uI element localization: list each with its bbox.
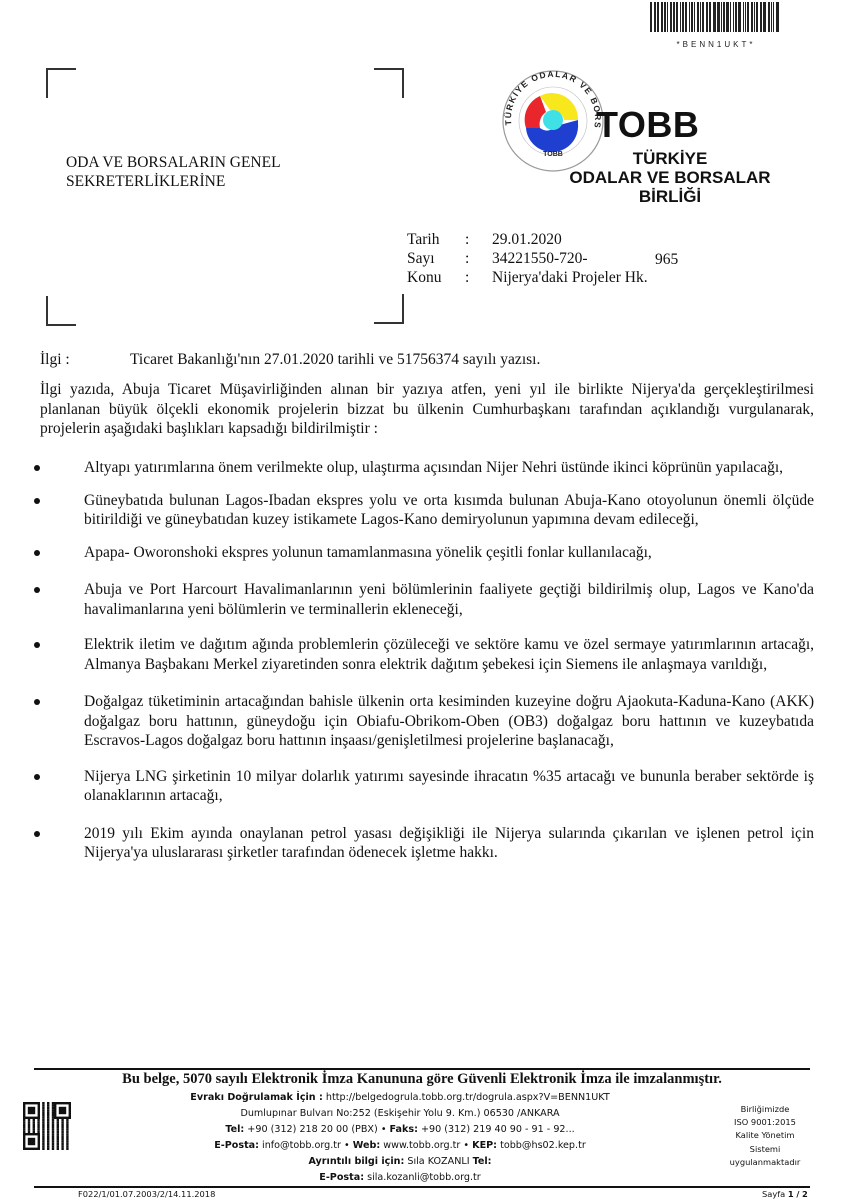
e-signature-notice: Bu belge, 5070 sayılı Elektronik İmza Ka… [34, 1071, 810, 1088]
contact-tel-label: Tel: [473, 1156, 492, 1167]
reference-text: Ticaret Bakanlığı'nın 27.01.2020 tarihli… [130, 350, 540, 370]
meta-value: 29.01.2020 [492, 230, 562, 249]
bullet-dot-icon [34, 550, 40, 556]
form-code: F022/1/01.07.2003/2/14.11.2018 [78, 1189, 215, 1199]
document-meta: Tarih : 29.01.2020 Sayı : 34221550-720- … [407, 230, 648, 287]
footer-divider-bottom [34, 1186, 810, 1188]
project-list-item: Doğalgaz tüketiminin artacağından bahisl… [84, 692, 814, 751]
page-label: Sayfa [762, 1189, 785, 1199]
project-list-item: Güneybatıda bulunan Lagos-Ibadan ekspres… [84, 491, 814, 530]
meta-row-subject: Konu : Nijerya'daki Projeler Hk. [407, 268, 648, 287]
contact-email-line: E-Posta: sila.kozanli@tobb.org.tr [120, 1170, 680, 1186]
tel-label: Tel: [225, 1124, 244, 1135]
bullet-separator: • [381, 1124, 387, 1135]
meta-label: Tarih [407, 230, 465, 249]
reference-line: İlgi : Ticaret Bakanlığı'nın 27.01.2020 … [40, 350, 540, 370]
qr-code-icon [23, 1092, 71, 1160]
letterhead-org-name: TÜRKİYE ODALAR VE BORSALAR BİRLİĞİ [540, 149, 800, 206]
project-list-item: Altyapı yatırımlarına önem verilmekte ol… [84, 458, 814, 478]
recipient-block: ODA VE BORSALARIN GENEL SEKRETERLİKLERİN… [66, 153, 281, 191]
project-list-item-text: 2019 yılı Ekim ayında onaylanan petrol y… [84, 825, 814, 862]
project-list-item: Abuja ve Port Harcourt Havalimanlarının … [84, 580, 814, 619]
meta-number-suffix: 965 [655, 251, 678, 269]
online-line: E-Posta: info@tobb.org.tr • Web: www.tob… [120, 1138, 680, 1154]
corner-mark-bottom-right [374, 294, 404, 324]
recipient-line-2: SEKRETERLİKLERİNE [66, 172, 281, 191]
letterhead-line-2: ODALAR VE BORSALAR [540, 168, 800, 187]
contact-name: Sıla KOZANLI [407, 1156, 469, 1167]
meta-row-date: Tarih : 29.01.2020 [407, 230, 648, 249]
fax-value: +90 (312) 219 40 90 - 91 - 92... [421, 1124, 575, 1135]
corner-mark-top-left [46, 68, 76, 98]
bullet-separator: • [463, 1140, 469, 1151]
bullet-dot-icon [34, 774, 40, 780]
meta-separator: : [465, 230, 492, 249]
barcode-code: *BENN1UKT* [648, 40, 784, 49]
project-list-item: Elektrik iletim ve dağıtım ağında proble… [84, 635, 814, 674]
page-current: 1 [788, 1189, 794, 1199]
page-number: Sayfa 1 / 2 [762, 1189, 808, 1199]
project-list-item: 2019 yılı Ekim ayında onaylanan petrol y… [84, 824, 814, 863]
project-list-item-text: Doğalgaz tüketiminin artacağından bahisl… [84, 693, 814, 749]
iso-line: Kalite Yönetim [720, 1129, 810, 1142]
contact-label: Ayrıntılı bilgi için: [308, 1156, 404, 1167]
project-list-item-text: Apapa- Oworonshoki ekspres yolunun tamam… [84, 544, 652, 561]
phone-line: Tel: +90 (312) 218 20 00 (PBX) • Faks: +… [120, 1122, 680, 1138]
meta-value: 34221550-720- [492, 249, 588, 268]
iso-line: uygulanmaktadır [720, 1156, 810, 1169]
page-total: 2 [802, 1189, 808, 1199]
contact-line: Ayrıntılı bilgi için: Sıla KOZANLI Tel: [120, 1154, 680, 1170]
kep-label: KEP: [472, 1140, 497, 1151]
letterhead-line-1: TÜRKİYE [540, 149, 800, 168]
iso-line: ISO 9001:2015 [720, 1116, 810, 1129]
project-list-item-text: Altyapı yatırımlarına önem verilmekte ol… [84, 459, 783, 476]
address-line: Dumlupınar Bulvarı No:252 (Eskişehir Yol… [120, 1106, 680, 1122]
bullet-separator: • [344, 1140, 350, 1151]
email-link[interactable]: info@tobb.org.tr [262, 1140, 341, 1151]
project-list-item-text: Elektrik iletim ve dağıtım ağında proble… [84, 636, 814, 673]
footer-divider-top [34, 1068, 810, 1070]
meta-label: Konu [407, 268, 465, 287]
meta-label: Sayı [407, 249, 465, 268]
bullet-dot-icon [34, 465, 40, 471]
meta-row-number: Sayı : 34221550-720- [407, 249, 648, 268]
contact-email-link[interactable]: sila.kozanli@tobb.org.tr [367, 1172, 481, 1183]
fax-label: Faks: [390, 1124, 418, 1135]
iso-line: Birliğimizde [720, 1103, 810, 1116]
web-link[interactable]: www.tobb.org.tr [383, 1140, 460, 1151]
letterhead-acronym: TOBB [596, 104, 699, 146]
footer-contact-info: Evrakı Doğrulamak İçin : http://belgedog… [120, 1090, 680, 1186]
project-list-item: Nijerya LNG şirketinin 10 milyar dolarlı… [84, 767, 814, 806]
project-list: Altyapı yatırımlarına önem verilmekte ol… [84, 458, 814, 880]
reference-label: İlgi : [40, 350, 130, 370]
tel-value: +90 (312) 218 20 00 (PBX) [247, 1124, 377, 1135]
bullet-dot-icon [34, 498, 40, 504]
project-list-item: Apapa- Oworonshoki ekspres yolunun tamam… [84, 543, 814, 563]
contact-email-label: E-Posta: [319, 1172, 364, 1183]
bullet-dot-icon [34, 699, 40, 705]
recipient-line-1: ODA VE BORSALARIN GENEL [66, 153, 281, 172]
meta-separator: : [465, 249, 492, 268]
verify-link[interactable]: http://belgedogrula.tobb.org.tr/dogrula.… [326, 1092, 610, 1103]
iso-certification-note: Birliğimizde ISO 9001:2015 Kalite Yöneti… [720, 1103, 810, 1169]
corner-mark-bottom-left [46, 296, 76, 326]
project-list-item-text: Abuja ve Port Harcourt Havalimanlarının … [84, 581, 814, 618]
bullet-dot-icon [34, 587, 40, 593]
verify-line: Evrakı Doğrulamak İçin : http://belgedog… [120, 1090, 680, 1106]
meta-separator: : [465, 268, 492, 287]
project-list-item-text: Nijerya LNG şirketinin 10 milyar dolarlı… [84, 768, 814, 805]
intro-paragraph: İlgi yazıda, Abuja Ticaret Müşavirliğind… [40, 380, 814, 439]
meta-value: Nijerya'daki Projeler Hk. [492, 268, 648, 287]
kep-value[interactable]: tobb@hs02.kep.tr [500, 1140, 586, 1151]
barcode [650, 2, 780, 32]
corner-mark-top-right [374, 68, 404, 98]
email-label: E-Posta: [214, 1140, 259, 1151]
bullet-dot-icon [34, 831, 40, 837]
project-list-item-text: Güneybatıda bulunan Lagos-Ibadan ekspres… [84, 492, 814, 529]
page-separator: / [796, 1189, 799, 1199]
iso-line: Sistemi [720, 1143, 810, 1156]
verify-label: Evrakı Doğrulamak İçin : [190, 1092, 323, 1103]
letterhead-line-3: BİRLİĞİ [540, 187, 800, 206]
web-label: Web: [353, 1140, 380, 1151]
bullet-dot-icon [34, 642, 40, 648]
